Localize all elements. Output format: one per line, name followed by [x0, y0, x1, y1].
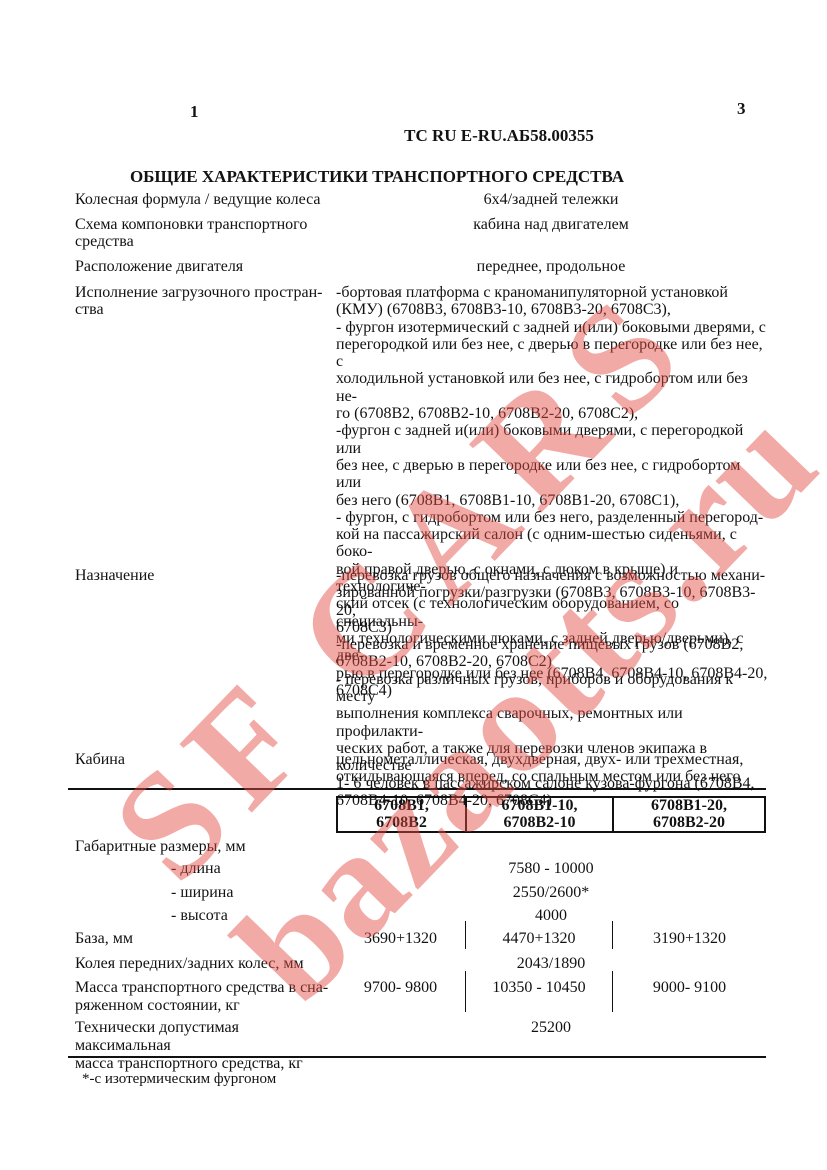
table-bottom-rule [68, 1056, 766, 1058]
document-page: 1 3 ТС RU E-RU.АБ58.00355 ОБЩИЕ ХАРАКТЕР… [0, 0, 827, 1170]
column-divider [612, 921, 613, 949]
property-label-cab: Кабина [75, 751, 333, 768]
row-value-height: 4000 [336, 907, 766, 925]
column-divider [465, 971, 466, 1012]
property-value-engine-location: переднее, продольное [336, 258, 766, 276]
page-number-left: 1 [190, 102, 199, 122]
property-value-wheel-formula: 6х4/задней тележки [336, 191, 766, 209]
table-footnote: *-с изотермическим фургоном [82, 1071, 276, 1088]
row-value-length: 7580 - 10000 [336, 860, 766, 878]
row-label-curb-mass: Масса транспортного средства в сна- ряже… [75, 979, 337, 1015]
model-column-1: 6708В1, 6708В2 [338, 798, 467, 831]
model-columns-header: 6708В1, 6708В2 6708В1-10, 6708В2-10 6708… [336, 796, 766, 833]
row-label-max-mass: Технически допустимая максимальная масса… [75, 1019, 337, 1072]
property-label-cargo-space: Исполнение загрузочного простран- ства [75, 284, 333, 319]
page-number-right: 3 [737, 99, 746, 119]
property-value-cab: цельнометаллическая, двухдверная, двух- … [336, 751, 769, 786]
approval-number: ТС RU E-RU.АБ58.00355 [404, 126, 594, 146]
row-value-track: 2043/1890 [336, 955, 766, 973]
row-value-wheelbase-2: 4470+1320 [465, 930, 613, 948]
property-value-layout-scheme: кабина над двигателем [336, 216, 766, 234]
row-label-wheelbase: База, мм [75, 930, 337, 948]
row-label-dimensions: Габаритные размеры, мм [75, 838, 337, 856]
row-value-wheelbase-3: 3190+1320 [613, 930, 766, 948]
property-label-purpose: Назначение [75, 567, 333, 584]
row-value-max-mass: 25200 [336, 1019, 766, 1037]
table-top-rule [68, 788, 766, 790]
row-label-track: Колея передних/задних колес, мм [75, 955, 337, 973]
column-divider [612, 971, 613, 1012]
model-column-2: 6708В1-10, 6708В2-10 [467, 798, 614, 831]
row-value-wheelbase-1: 3690+1320 [336, 930, 465, 948]
row-value-curb-mass-1: 9700- 9800 [336, 979, 465, 997]
property-label-engine-location: Расположение двигателя [75, 258, 333, 275]
row-label-length: - длина [171, 860, 221, 878]
model-column-3: 6708В1-20, 6708В2-20 [614, 798, 764, 831]
row-label-width: - ширина [171, 884, 233, 902]
row-value-width: 2550/2600* [336, 884, 766, 902]
property-label-layout-scheme: Схема компоновки транспортного средства [75, 216, 333, 251]
row-value-curb-mass-3: 9000- 9100 [613, 979, 766, 997]
property-label-wheel-formula: Колесная формула / ведущие колеса [75, 191, 333, 208]
section-heading: ОБЩИЕ ХАРАКТЕРИСТИКИ ТРАНСПОРТНОГО СРЕДС… [130, 167, 624, 187]
row-label-height: - высота [171, 907, 228, 925]
row-value-curb-mass-2: 10350 - 10450 [465, 979, 613, 997]
column-divider [465, 921, 466, 949]
